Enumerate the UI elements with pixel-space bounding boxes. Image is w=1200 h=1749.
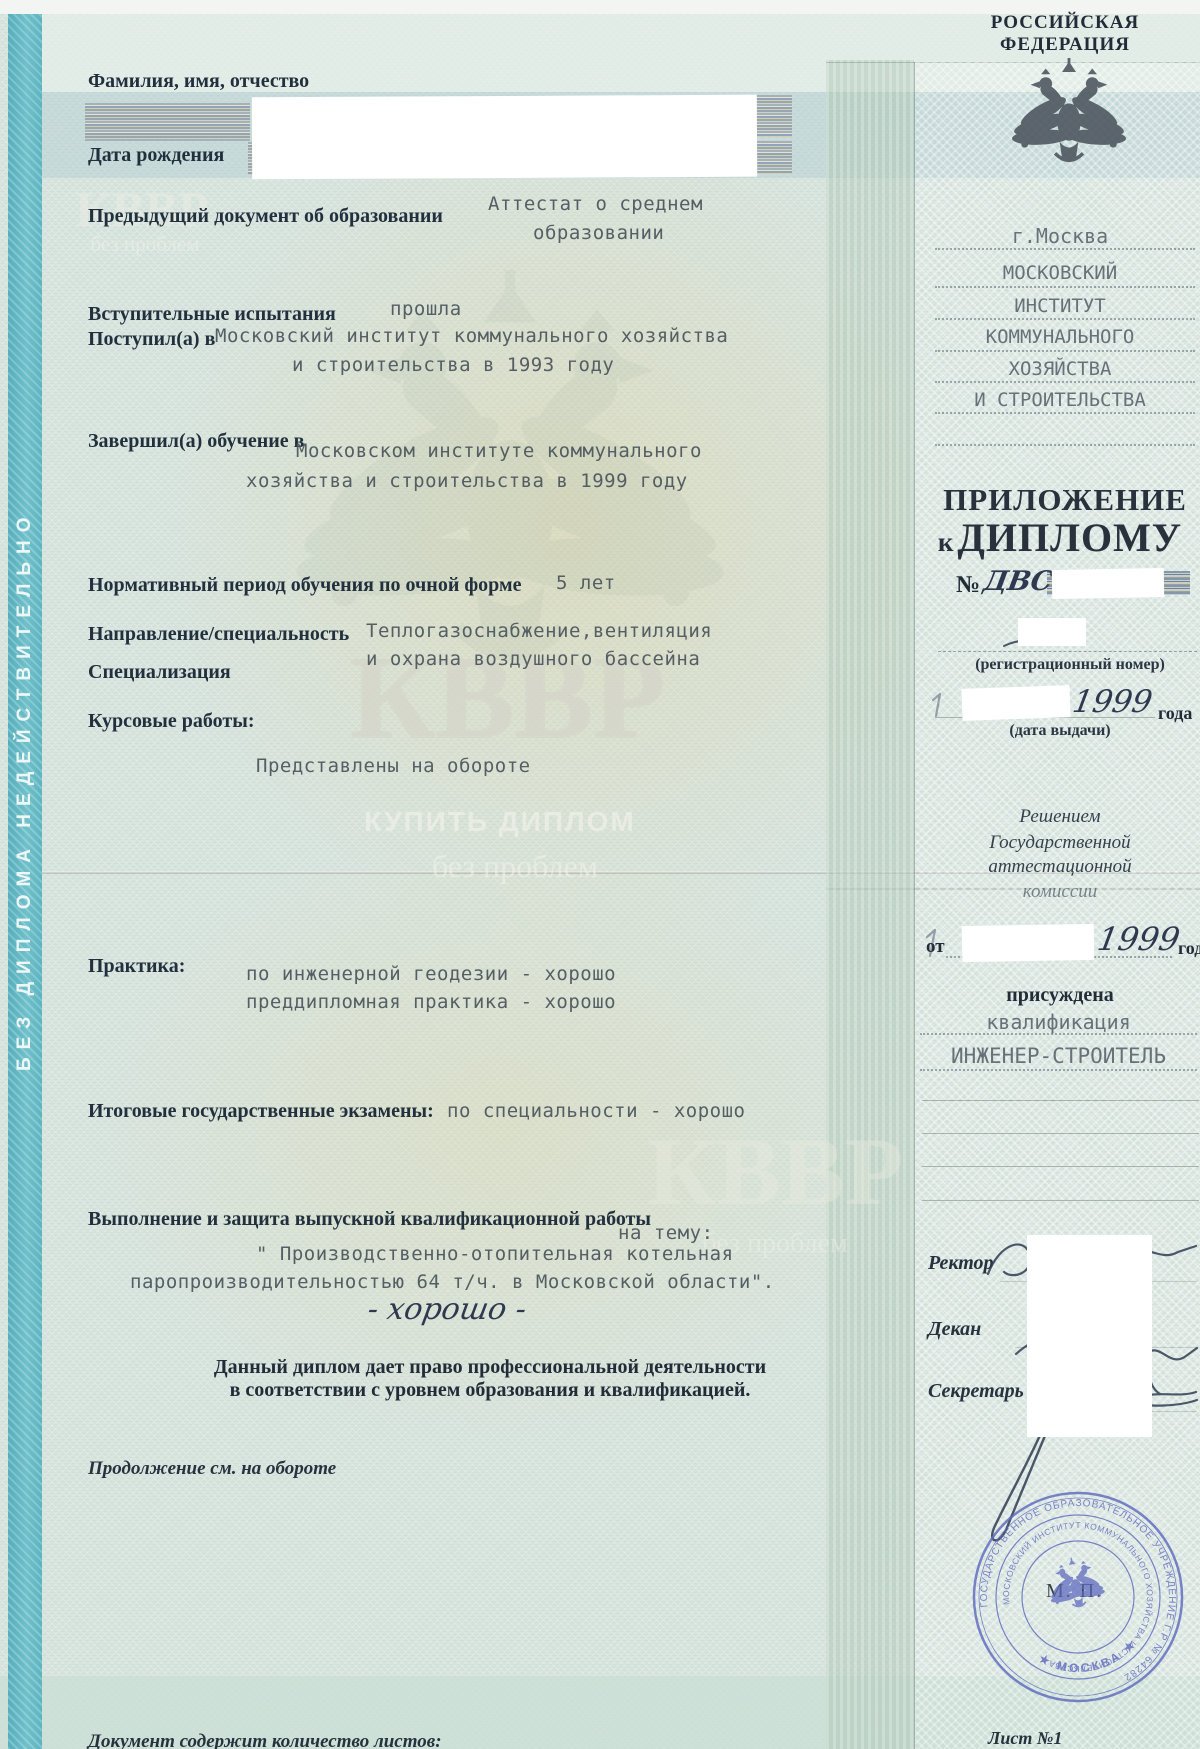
- title-k: к: [938, 527, 954, 557]
- finished-value: хозяйства и строительства в 1999 году: [246, 470, 688, 492]
- diploma-series-handwritten: ДВС: [981, 566, 1055, 597]
- state-exams-label: Итоговые государственные экзамены:: [88, 1100, 434, 1123]
- stamp-eagle-icon: [1044, 1553, 1107, 1612]
- issue-date-caption: (дата выдачи): [955, 722, 1165, 740]
- dotted-line: [935, 412, 1195, 414]
- dean-label: Декан: [928, 1318, 981, 1341]
- redaction-box-number: [1052, 568, 1164, 599]
- entered-value: и строительства в 1993 году: [292, 354, 614, 376]
- dotted-line: [935, 381, 1195, 383]
- continuation-note: Продолжение см. на обороте: [88, 1458, 336, 1480]
- rector-label: Ректор: [928, 1252, 994, 1275]
- redaction-stripes: [755, 95, 792, 137]
- watermark-text: без проблем: [60, 232, 230, 257]
- country-header: РОССИЙСКАЯ ФЕДЕРАЦИЯ: [960, 12, 1170, 56]
- study-period-value: 5 лет: [556, 572, 616, 594]
- dotted-line: [920, 1069, 1197, 1071]
- rights-line: Данный диплом дает право профессионально…: [150, 1356, 830, 1379]
- practice-label: Практика:: [88, 955, 185, 978]
- entrance-exams-value: прошла: [390, 298, 462, 320]
- coat-of-arms-eagle-icon: [1008, 58, 1130, 186]
- gak-year-suffix: год: [1178, 938, 1200, 959]
- institution-line: И СТРОИТЕЛЬСТВА: [920, 389, 1200, 411]
- institution-line: КОММУНАЛЬНОГО: [920, 326, 1200, 348]
- secretary-label: Секретарь: [928, 1380, 1024, 1403]
- title-diploma: ДИПЛОМУ: [957, 515, 1182, 560]
- previous-document-value: Аттестат о среднем: [488, 193, 703, 215]
- redaction-box-issuedate: [961, 685, 1070, 721]
- redaction-box-regnumber: [1018, 618, 1086, 646]
- specialty-label: Направление/специальность: [88, 623, 349, 646]
- dotted-line: [935, 444, 1195, 446]
- security-band-text: БЕЗ ДИПЛОМА НЕДЕЙСТВИТЕЛЬНО: [8, 470, 42, 1110]
- country-line: РОССИЙСКАЯ: [960, 12, 1170, 34]
- decision-line: аттестационной: [930, 856, 1190, 878]
- issuing-city: г.Москва: [920, 224, 1200, 248]
- issue-year-handwritten: 1999: [1070, 684, 1155, 720]
- sheet-number-note: Лист №1: [988, 1728, 1062, 1749]
- ruled-line: [922, 1133, 1199, 1134]
- institution-line: ИНСТИТУТ: [920, 295, 1200, 317]
- coursework-value: Представлены на обороте: [256, 755, 531, 777]
- dashed-line: [938, 651, 1197, 652]
- supplement-title-2: к ДИПЛОМУ: [920, 514, 1200, 561]
- thesis-title: " Производственно-отопительная котельная: [256, 1243, 734, 1265]
- redaction-box-gakdate: [962, 924, 1095, 962]
- specialty-value: и охрана воздушного бассейна: [366, 648, 700, 670]
- practice-value: преддипломная практика - хорошо: [246, 991, 616, 1013]
- state-exams-value: по специальности - хорошо: [447, 1100, 745, 1122]
- redaction-stripes: [755, 141, 792, 174]
- rights-statement: Данный диплом дает право профессионально…: [150, 1356, 830, 1402]
- reg-number-caption: (регистрационный номер): [940, 656, 1200, 674]
- ruled-line: [922, 1200, 1199, 1201]
- institution-line: ХОЗЯЙСТВА: [920, 358, 1200, 380]
- study-period-label: Нормативный период обучения по очной фор…: [88, 574, 522, 597]
- watermark-text: КУПИТЬ ДИПЛОМ: [345, 806, 655, 838]
- thesis-topic-intro: на тему:: [618, 1222, 714, 1244]
- watermark-logo: КВВР: [640, 1124, 910, 1220]
- dotted-line: [935, 350, 1195, 352]
- rights-line: в соответствии с уровнем образования и к…: [150, 1379, 830, 1402]
- qualification-label: квалификация: [920, 1010, 1197, 1034]
- supplement-title: ПРИЛОЖЕНИЕ: [930, 482, 1200, 518]
- footer-sheets-note: Документ содержит количество листов:: [88, 1731, 442, 1749]
- entrance-exams-label: Вступительные испытания: [88, 303, 336, 326]
- ruled-line: [922, 1166, 1199, 1167]
- specialization-label: Специализация: [88, 661, 231, 684]
- issue-year-suffix: года: [1158, 703, 1192, 724]
- dotted-line: [935, 248, 1195, 250]
- country-line: ФЕДЕРАЦИЯ: [960, 34, 1170, 56]
- date-remnant: [933, 694, 940, 716]
- awarded-label: присуждена: [930, 984, 1190, 1007]
- scan-discoloration: [150, 170, 910, 960]
- qualification-value: ИНЖЕНЕР-СТРОИТЕЛЬ: [920, 1044, 1197, 1068]
- specialty-value: Теплогазоснабжение,вентиляция: [366, 620, 712, 642]
- right-margin-band: [826, 60, 914, 1749]
- thesis-grade-handwritten: - хорошо -: [365, 1292, 529, 1327]
- round-stamp: ГОСУДАРСТВЕННОЕ ОБРАЗОВАТЕЛЬНОЕ УЧРЕЖДЕН…: [948, 1467, 1200, 1726]
- decision-line: Государственной: [930, 832, 1190, 854]
- entered-value: Московский институт коммунального хозяйс…: [215, 325, 728, 347]
- practice-value: по инженерной геодезии - хорошо: [246, 963, 616, 985]
- thesis-label: Выполнение и защита выпускной квалификац…: [88, 1208, 651, 1231]
- gak-year-handwritten: 1999: [1095, 920, 1183, 958]
- finished-label: Завершил(а) обучение в: [88, 430, 304, 453]
- watermark-text: без проблем: [400, 848, 630, 885]
- birth-date-label: Дата рождения: [88, 144, 224, 167]
- coursework-label: Курсовые работы:: [88, 710, 255, 733]
- fio-label: Фамилия, имя, отчество: [88, 70, 309, 93]
- dotted-line: [935, 318, 1195, 320]
- institution-line: МОСКОВСКИЙ: [920, 262, 1200, 284]
- diploma-supplement-scan: БЕЗ ДИПЛОМА НЕДЕЙСТВИТЕЛЬНО КВВР без про…: [0, 0, 1200, 1749]
- from-label: от: [926, 936, 945, 958]
- redaction-stripes: [85, 103, 250, 141]
- ruled-line: [922, 1100, 1199, 1101]
- decision-line: Решением: [930, 806, 1190, 828]
- previous-document-value: образовании: [533, 222, 664, 244]
- entered-label: Поступил(а) в: [88, 328, 215, 351]
- previous-document-label: Предыдущий документ об образовании: [88, 205, 443, 228]
- redaction-box-signatures: [1027, 1235, 1152, 1437]
- decision-line: комиссии: [930, 881, 1190, 903]
- redaction-box-name: [252, 95, 757, 180]
- number-sign: №: [956, 572, 980, 599]
- dotted-line: [935, 286, 1195, 288]
- finished-value: Московском институте коммунального: [296, 440, 702, 462]
- column-divider-line: [914, 62, 915, 1749]
- thesis-title: паропроизводительностью 64 т/ч. в Москов…: [130, 1271, 775, 1293]
